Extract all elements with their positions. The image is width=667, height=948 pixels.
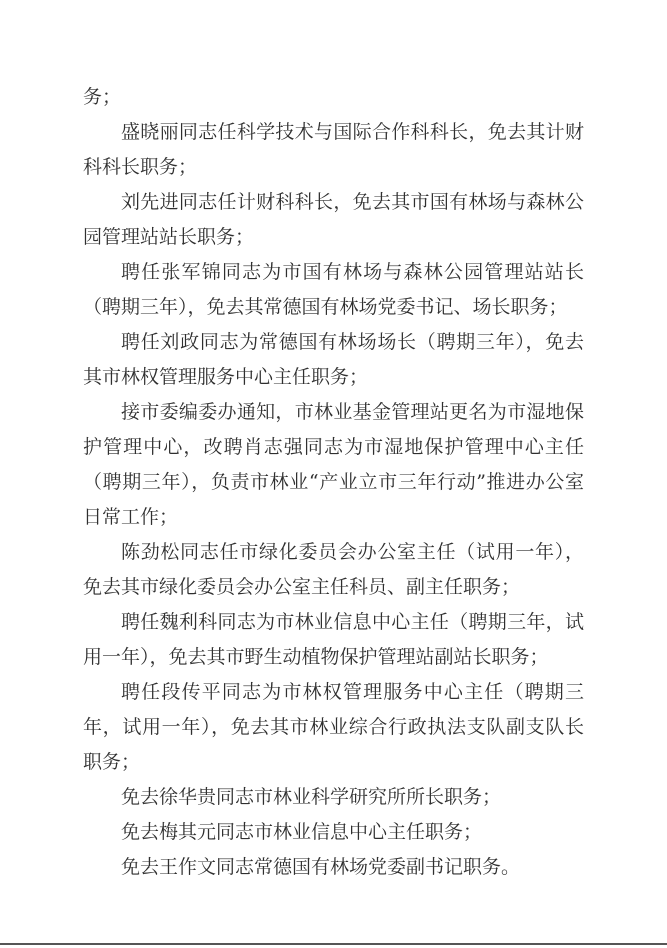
paragraph: 务；	[83, 80, 584, 115]
viewer-bottom-edge	[0, 943, 667, 945]
paragraph: 免去王作文同志常德国有林场党委副书记职务。	[83, 850, 584, 885]
paragraph: 盛晓丽同志任科学技术与国际合作科科长，免去其计财科科长职务；	[83, 115, 584, 185]
paragraph: 免去梅其元同志市林业信息中心主任职务；	[83, 815, 584, 850]
document-page: 务；盛晓丽同志任科学技术与国际合作科科长，免去其计财科科长职务；刘先进同志任计财…	[0, 0, 667, 948]
paragraph: 聘任魏利科同志为市林业信息中心主任（聘期三年，试用一年），免去其市野生动植物保护…	[83, 605, 584, 675]
paragraph: 陈劲松同志任市绿化委员会办公室主任（试用一年），免去其市绿化委员会办公室主任科员…	[83, 535, 584, 605]
paragraph: 聘任张军锦同志为市国有林场与森林公园管理站站长（聘期三年），免去其常德国有林场党…	[83, 255, 584, 325]
paragraph: 免去徐华贵同志市林业科学研究所所长职务；	[83, 780, 584, 815]
paragraph: 聘任刘政同志为常德国有林场场长（聘期三年），免去其市林权管理服务中心主任职务；	[83, 325, 584, 395]
document-body: 务；盛晓丽同志任科学技术与国际合作科科长，免去其计财科科长职务；刘先进同志任计财…	[83, 80, 584, 885]
paragraph: 聘任段传平同志为市林权管理服务中心主任（聘期三年，试用一年），免去其市林业综合行…	[83, 675, 584, 780]
paragraph: 接市委编委办通知，市林业基金管理站更名为市湿地保护管理中心，改聘肖志强同志为市湿…	[83, 395, 584, 535]
paragraph: 刘先进同志任计财科科长，免去其市国有林场与森林公园管理站站长职务；	[83, 185, 584, 255]
